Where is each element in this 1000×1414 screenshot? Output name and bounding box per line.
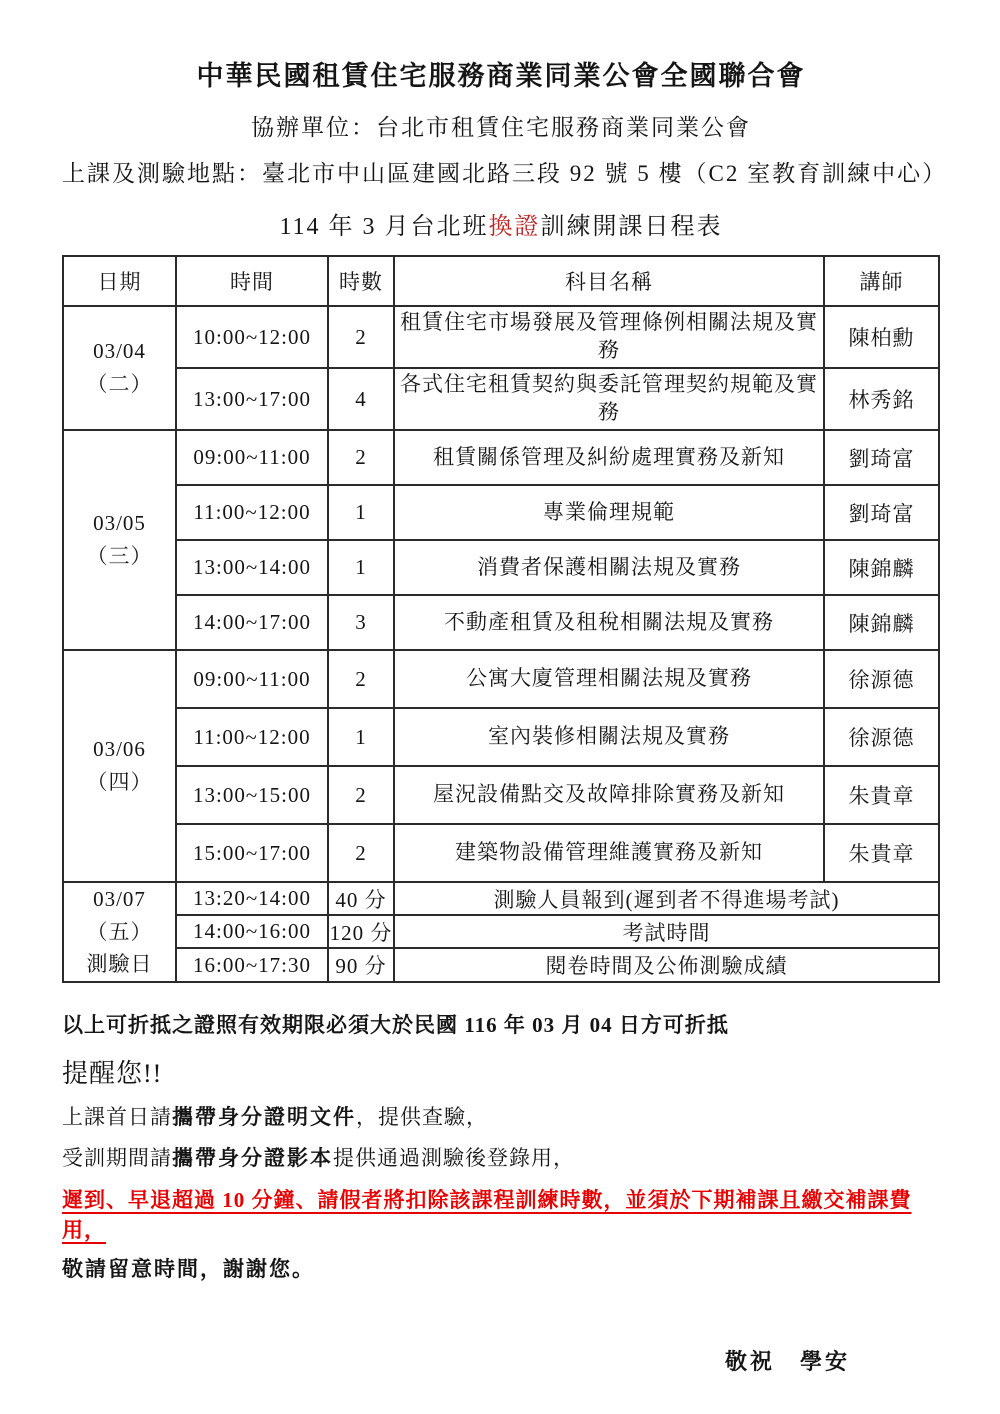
hours-cell: 90 分 bbox=[328, 948, 394, 981]
reminder-line-2-bold: 攜帶身分證影本 bbox=[172, 1146, 333, 1170]
weekday-value: （二） bbox=[64, 368, 175, 401]
date-value: 03/07 bbox=[64, 883, 175, 916]
hours-cell: 4 bbox=[328, 368, 394, 430]
hours-cell: 2 bbox=[328, 766, 394, 824]
subject-cell: 公寓大廈管理相關法規及實務 bbox=[394, 650, 824, 708]
time-cell: 11:00~12:00 bbox=[176, 708, 328, 766]
subject-cell: 專業倫理規範 bbox=[394, 485, 824, 540]
time-cell: 09:00~11:00 bbox=[176, 650, 328, 708]
reminder-title: 提醒您!! bbox=[62, 1053, 940, 1090]
schedule-table: 日期 時間 時數 科目名稱 講師 03/04 （二） 10:00~12:00 2… bbox=[62, 255, 940, 983]
credit-note: 以上可折抵之證照有效期限必須大於民國 116 年 03 月 04 日方可折抵 bbox=[62, 1009, 940, 1039]
col-header-time: 時間 bbox=[176, 256, 328, 306]
instructor-cell: 徐源德 bbox=[824, 708, 939, 766]
col-header-hours: 時數 bbox=[328, 256, 394, 306]
table-row: 13:00~14:00 1 消費者保護相關法規及實務 陳錦麟 bbox=[63, 540, 939, 595]
table-row: 11:00~12:00 1 室內裝修相關法規及實務 徐源德 bbox=[63, 708, 939, 766]
hours-cell: 120 分 bbox=[328, 915, 394, 948]
date-cell: 03/07 （五） 測驗日 bbox=[63, 882, 176, 982]
table-row: 14:00~16:00 120 分 考試時間 bbox=[63, 915, 939, 948]
subject-cell: 各式住宅租賃契約與委託管理契約規範及實務 bbox=[394, 368, 824, 430]
warning-line: 遲到、早退超過 10 分鐘、請假者將扣除該課程訓練時數，並須於下期補課且繳交補課… bbox=[62, 1184, 940, 1244]
table-row: 03/05 （三） 09:00~11:00 2 租賃關係管理及糾紛處理實務及新知… bbox=[63, 430, 939, 485]
date-cell: 03/04 （二） bbox=[63, 306, 176, 430]
reminder-line-1-post: ，提供查驗， bbox=[356, 1105, 488, 1129]
subject-cell: 租賃關係管理及糾紛處理實務及新知 bbox=[394, 430, 824, 485]
time-cell: 16:00~17:30 bbox=[176, 948, 328, 981]
subject-cell: 不動產租賃及租稅相關法規及實務 bbox=[394, 595, 824, 650]
table-row: 03/07 （五） 測驗日 13:20~14:00 40 分 測驗人員報到(遲到… bbox=[63, 882, 939, 915]
time-cell: 11:00~12:00 bbox=[176, 485, 328, 540]
reminder-line-1: 上課首日請攜帶身分證明文件，提供查驗， bbox=[62, 1101, 940, 1131]
instructor-cell: 徐源德 bbox=[824, 650, 939, 708]
time-cell: 14:00~16:00 bbox=[176, 915, 328, 948]
schedule-title-prefix: 114 年 3 月台北班 bbox=[279, 214, 488, 240]
reminder-line-2-post: 提供通過測驗後登錄用， bbox=[333, 1146, 575, 1170]
reminder-line-1-pre: 上課首日請 bbox=[62, 1105, 172, 1129]
hours-cell: 2 bbox=[328, 430, 394, 485]
hours-cell: 3 bbox=[328, 595, 394, 650]
weekday-value: （五） bbox=[64, 916, 175, 949]
reminder-line-2: 受訓期間請攜帶身分證影本提供通過測驗後登錄用， bbox=[62, 1142, 940, 1172]
date-value: 03/04 bbox=[64, 335, 175, 368]
instructor-cell: 劉琦富 bbox=[824, 430, 939, 485]
hours-cell: 2 bbox=[328, 306, 394, 368]
table-row: 13:00~17:00 4 各式住宅租賃契約與委託管理契約規範及實務 林秀銘 bbox=[63, 368, 939, 430]
weekday-value: （三） bbox=[64, 540, 175, 573]
date-cell: 03/06 （四） bbox=[63, 650, 176, 882]
time-cell: 14:00~17:00 bbox=[176, 595, 328, 650]
hours-cell: 1 bbox=[328, 540, 394, 595]
time-cell: 09:00~11:00 bbox=[176, 430, 328, 485]
time-cell: 10:00~12:00 bbox=[176, 306, 328, 368]
instructor-cell: 朱貴章 bbox=[824, 766, 939, 824]
time-cell: 15:00~17:00 bbox=[176, 824, 328, 882]
document-page: 中華民國租賃住宅服務商業同業公會全國聯合會 協辦單位：台北市租賃住宅服務商業同業… bbox=[0, 0, 1000, 1414]
instructor-cell: 陳柏勳 bbox=[824, 306, 939, 368]
time-cell: 13:00~17:00 bbox=[176, 368, 328, 430]
table-row: 03/04 （二） 10:00~12:00 2 租賃住宅市場發展及管理條例相關法… bbox=[63, 306, 939, 368]
subject-cell: 租賃住宅市場發展及管理條例相關法規及實務 bbox=[394, 306, 824, 368]
weekday-value: （四） bbox=[64, 766, 175, 799]
subject-cell: 室內裝修相關法規及實務 bbox=[394, 708, 824, 766]
time-cell: 13:20~14:00 bbox=[176, 882, 328, 915]
instructor-cell: 陳錦麟 bbox=[824, 540, 939, 595]
time-cell: 13:00~14:00 bbox=[176, 540, 328, 595]
hours-cell: 2 bbox=[328, 650, 394, 708]
closing-line: 敬請留意時間，謝謝您。 bbox=[62, 1253, 940, 1283]
salutation: 敬祝 學安 bbox=[62, 1345, 940, 1376]
hours-cell: 40 分 bbox=[328, 882, 394, 915]
hours-cell: 1 bbox=[328, 708, 394, 766]
schedule-title: 114 年 3 月台北班換證訓練開課日程表 bbox=[62, 206, 940, 241]
date-value: 03/06 bbox=[64, 733, 175, 766]
reminder-line-1-bold: 攜帶身分證明文件 bbox=[172, 1105, 356, 1129]
subject-cell: 考試時間 bbox=[394, 915, 939, 948]
instructor-cell: 朱貴章 bbox=[824, 824, 939, 882]
table-row: 13:00~15:00 2 屋況設備點交及故障排除實務及新知 朱貴章 bbox=[63, 766, 939, 824]
exam-day-label: 測驗日 bbox=[64, 948, 175, 981]
subject-cell: 測驗人員報到(遲到者不得進場考試) bbox=[394, 882, 939, 915]
col-header-subject: 科目名稱 bbox=[394, 256, 824, 306]
document-title: 中華民國租賃住宅服務商業同業公會全國聯合會 bbox=[62, 54, 940, 93]
instructor-cell: 林秀銘 bbox=[824, 368, 939, 430]
hours-cell: 2 bbox=[328, 824, 394, 882]
location-line: 上課及測驗地點：臺北市中山區建國北路三段 92 號 5 樓（C2 室教育訓練中心… bbox=[62, 155, 940, 188]
reminder-line-2-pre: 受訓期間請 bbox=[62, 1146, 172, 1170]
instructor-cell: 劉琦富 bbox=[824, 485, 939, 540]
schedule-title-suffix: 訓練開課日程表 bbox=[541, 214, 723, 240]
footer: 以上可折抵之證照有效期限必須大於民國 116 年 03 月 04 日方可折抵 提… bbox=[62, 1009, 940, 1376]
subject-cell: 閱卷時間及公佈測驗成績 bbox=[394, 948, 939, 981]
time-cell: 13:00~15:00 bbox=[176, 766, 328, 824]
schedule-title-highlight: 換證 bbox=[489, 214, 541, 240]
col-header-instructor: 講師 bbox=[824, 256, 939, 306]
table-row: 16:00~17:30 90 分 閱卷時間及公佈測驗成績 bbox=[63, 948, 939, 981]
table-row: 11:00~12:00 1 專業倫理規範 劉琦富 bbox=[63, 485, 939, 540]
subject-cell: 屋況設備點交及故障排除實務及新知 bbox=[394, 766, 824, 824]
subject-cell: 消費者保護相關法規及實務 bbox=[394, 540, 824, 595]
col-header-date: 日期 bbox=[63, 256, 176, 306]
date-value: 03/05 bbox=[64, 507, 175, 540]
hours-cell: 1 bbox=[328, 485, 394, 540]
co-organizer-line: 協辦單位：台北市租賃住宅服務商業同業公會 bbox=[62, 109, 940, 142]
table-header-row: 日期 時間 時數 科目名稱 講師 bbox=[63, 256, 939, 306]
instructor-cell: 陳錦麟 bbox=[824, 595, 939, 650]
table-row: 15:00~17:00 2 建築物設備管理維護實務及新知 朱貴章 bbox=[63, 824, 939, 882]
table-row: 03/06 （四） 09:00~11:00 2 公寓大廈管理相關法規及實務 徐源… bbox=[63, 650, 939, 708]
table-row: 14:00~17:00 3 不動產租賃及租稅相關法規及實務 陳錦麟 bbox=[63, 595, 939, 650]
date-cell: 03/05 （三） bbox=[63, 430, 176, 650]
subject-cell: 建築物設備管理維護實務及新知 bbox=[394, 824, 824, 882]
